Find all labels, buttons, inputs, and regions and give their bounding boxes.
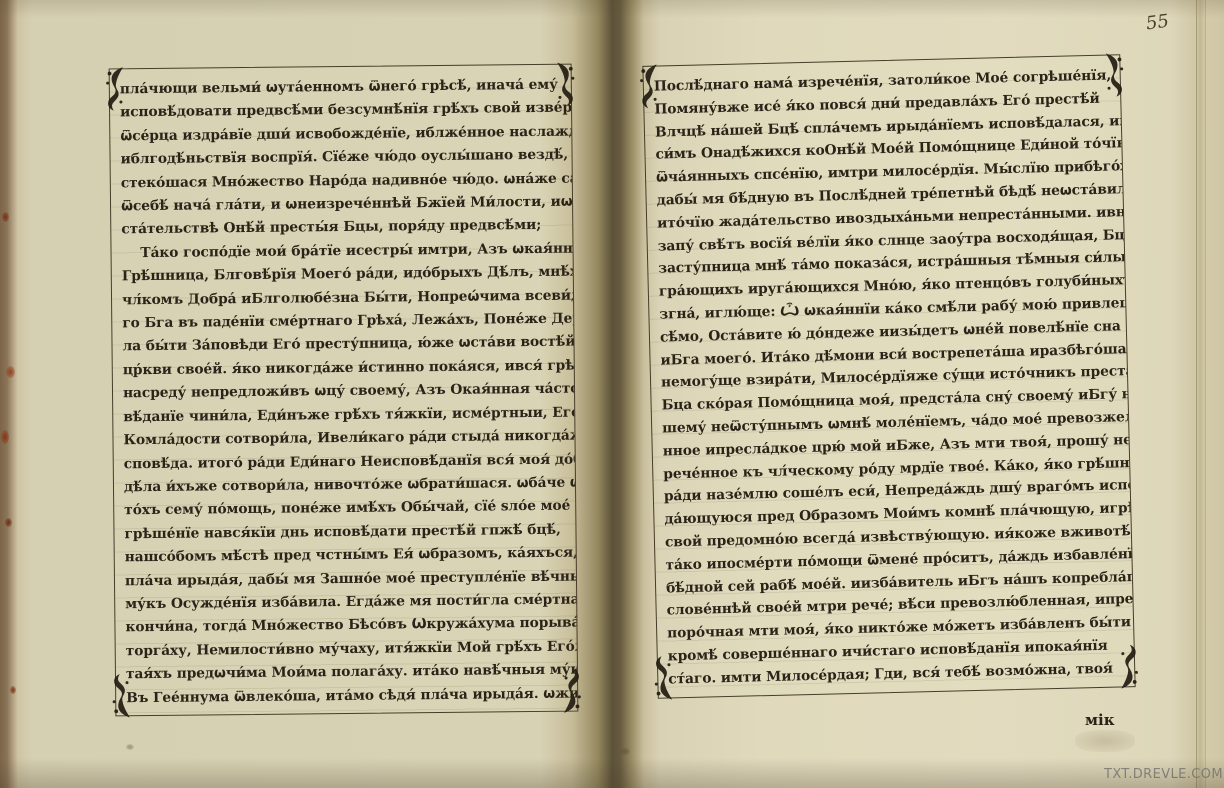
site-watermark: TXT.DREVLE.COM [1104, 767, 1223, 782]
page-number: 55 [1145, 11, 1171, 35]
page-edge-crease [1205, 0, 1206, 788]
stain [5, 518, 12, 527]
left-page-frame: пла́чющи вельми́ ѡута́енномъ ѿнего́ грѣс… [109, 64, 579, 717]
right-page-frame: Послѣ́днаго нама́ изрече́нїя, затоли́кое… [642, 54, 1135, 698]
stain [126, 744, 134, 750]
stain [10, 686, 16, 694]
stain [1075, 730, 1135, 752]
book-spread: 55 пла́чющи вельми́ ѡута́енномъ ѿнего́ г… [0, 0, 1224, 788]
stain [620, 748, 630, 755]
page-edge-crease [1196, 0, 1197, 788]
quire-catchword: мік [1085, 711, 1115, 729]
stain [6, 366, 15, 378]
stain [2, 212, 9, 222]
right-page-text: Послѣ́днаго нама́ изрече́нїя, затоли́кое… [643, 55, 1134, 697]
stain [1, 430, 9, 444]
left-page-text: пла́чющи вельми́ ѡута́енномъ ѿнего́ грѣс… [110, 65, 578, 716]
manuscript-line: Въ Гее́ннума ѿвлеко́ша, ита́мо сѣдя́ пла… [126, 682, 569, 710]
